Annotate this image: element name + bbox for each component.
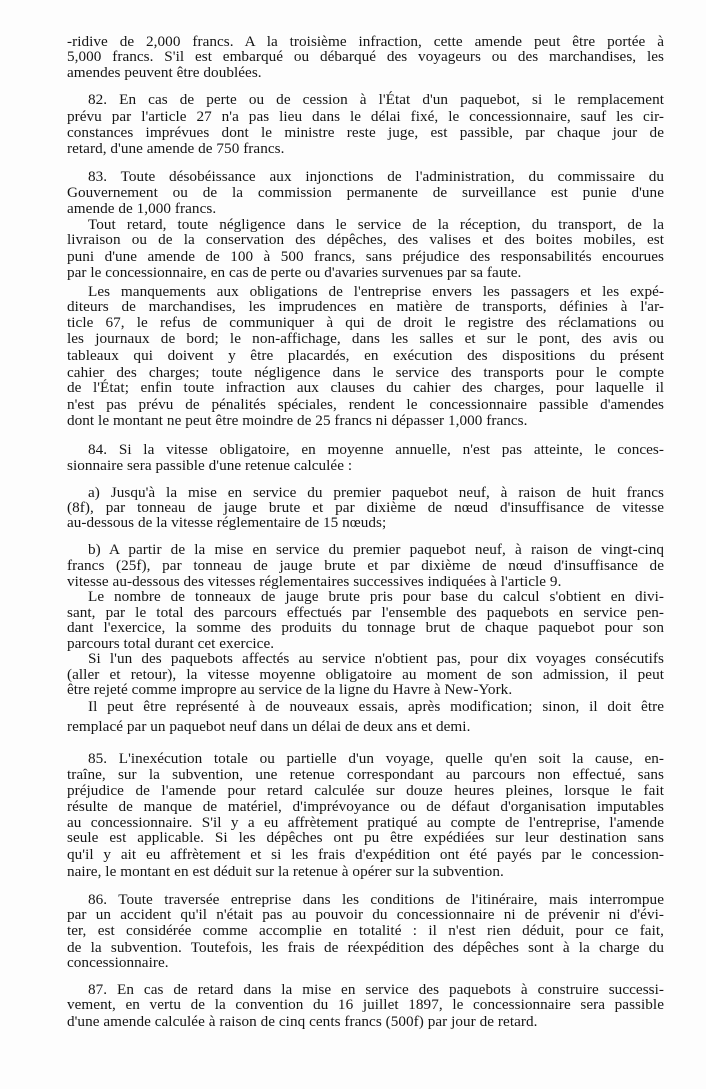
text-line: dant l'exercice, la somme des produits d… (67, 619, 664, 636)
text-line: concessionnaire. (67, 954, 664, 971)
text-line: dont le montant ne peut être moindre de … (67, 412, 664, 429)
text-line: puni d'une amende de 100 à 500 francs, s… (67, 248, 664, 265)
text-line: seule est applicable. Si les dépêches on… (67, 829, 664, 846)
text-line: d'une amende calculée à raison de cinq c… (67, 1013, 664, 1030)
text-line: ter, est considérée comme accomplie en t… (67, 922, 664, 939)
text-line: amende de 1,000 francs. (67, 200, 664, 217)
text-line: 83. Toute désobéissance aux injonctions … (88, 168, 664, 185)
text-line: constances imprévues dont le ministre re… (67, 124, 664, 141)
text-line: par le concessionnaire, en cas de perte … (67, 264, 664, 281)
text-line: 5,000 francs. S'il est embarqué ou débar… (67, 48, 664, 65)
document-page: -ridive de 2,000 francs. A la troisième … (0, 0, 706, 1089)
text-line: francs (25f), par tonneau de jauge brute… (67, 557, 664, 574)
text-line: prévu par l'article 27 n'a pas lieu dans… (67, 108, 664, 125)
text-line: ticle 67, le refus de communiquer à qui … (67, 314, 664, 331)
text-line: être rejeté comme impropre au service de… (67, 681, 664, 698)
text-line: naire, le montant en est déduit sur la r… (67, 863, 664, 880)
text-line: par un accident qu'il n'était pas au pou… (67, 906, 664, 923)
text-line: sionnaire sera passible d'une retenue ca… (67, 457, 664, 474)
text-line: qu'il y ait eu affrètement et si les fra… (67, 846, 664, 863)
text-line: Gouvernement ou de la commission permane… (67, 184, 664, 201)
text-line: au-dessous de la vitesse réglementaire d… (67, 514, 664, 531)
text-line: de l'État; enfin toute infraction aux cl… (67, 379, 664, 396)
text-line: retard, d'une amende de 750 francs. (67, 140, 664, 157)
text-line: remplacé par un paquebot neuf dans un dé… (67, 718, 664, 735)
text-line: Si l'un des paquebots affectés au servic… (88, 650, 664, 667)
text-line: tableaux qui doivent y être placardés, e… (67, 347, 664, 364)
text-line: Il peut être représenté à de nouveaux es… (88, 698, 664, 715)
text-line: n'est pas prévu de pénalités spéciales, … (67, 396, 664, 413)
text-line: Le nombre de tonneaux de jauge brute pri… (88, 588, 664, 605)
text-line: préjudice de l'amende pour retard calcul… (67, 782, 664, 799)
text-line: 85. L'inexécution totale ou partielle d'… (88, 750, 664, 767)
text-line: traîne, sur la subvention, une retenue c… (67, 766, 664, 783)
text-line: les journaux de bord; le non-affichage, … (67, 330, 664, 347)
text-line: résulte de manque de matériel, d'imprévo… (67, 798, 664, 815)
text-line: b) A partir de la mise en service du pre… (88, 541, 664, 558)
text-line: 84. Si la vitesse obligatoire, en moyenn… (88, 441, 664, 458)
text-line: vement, en vertu de la convention du 16 … (67, 996, 664, 1013)
text-line: 82. En cas de perte ou de cession à l'Ét… (88, 91, 664, 108)
text-line: livraison ou de la conservation des dépê… (67, 231, 664, 248)
text-line: amendes peuvent être doublées. (67, 64, 664, 81)
text-line: diteurs de marchandises, les imprudences… (67, 298, 664, 315)
